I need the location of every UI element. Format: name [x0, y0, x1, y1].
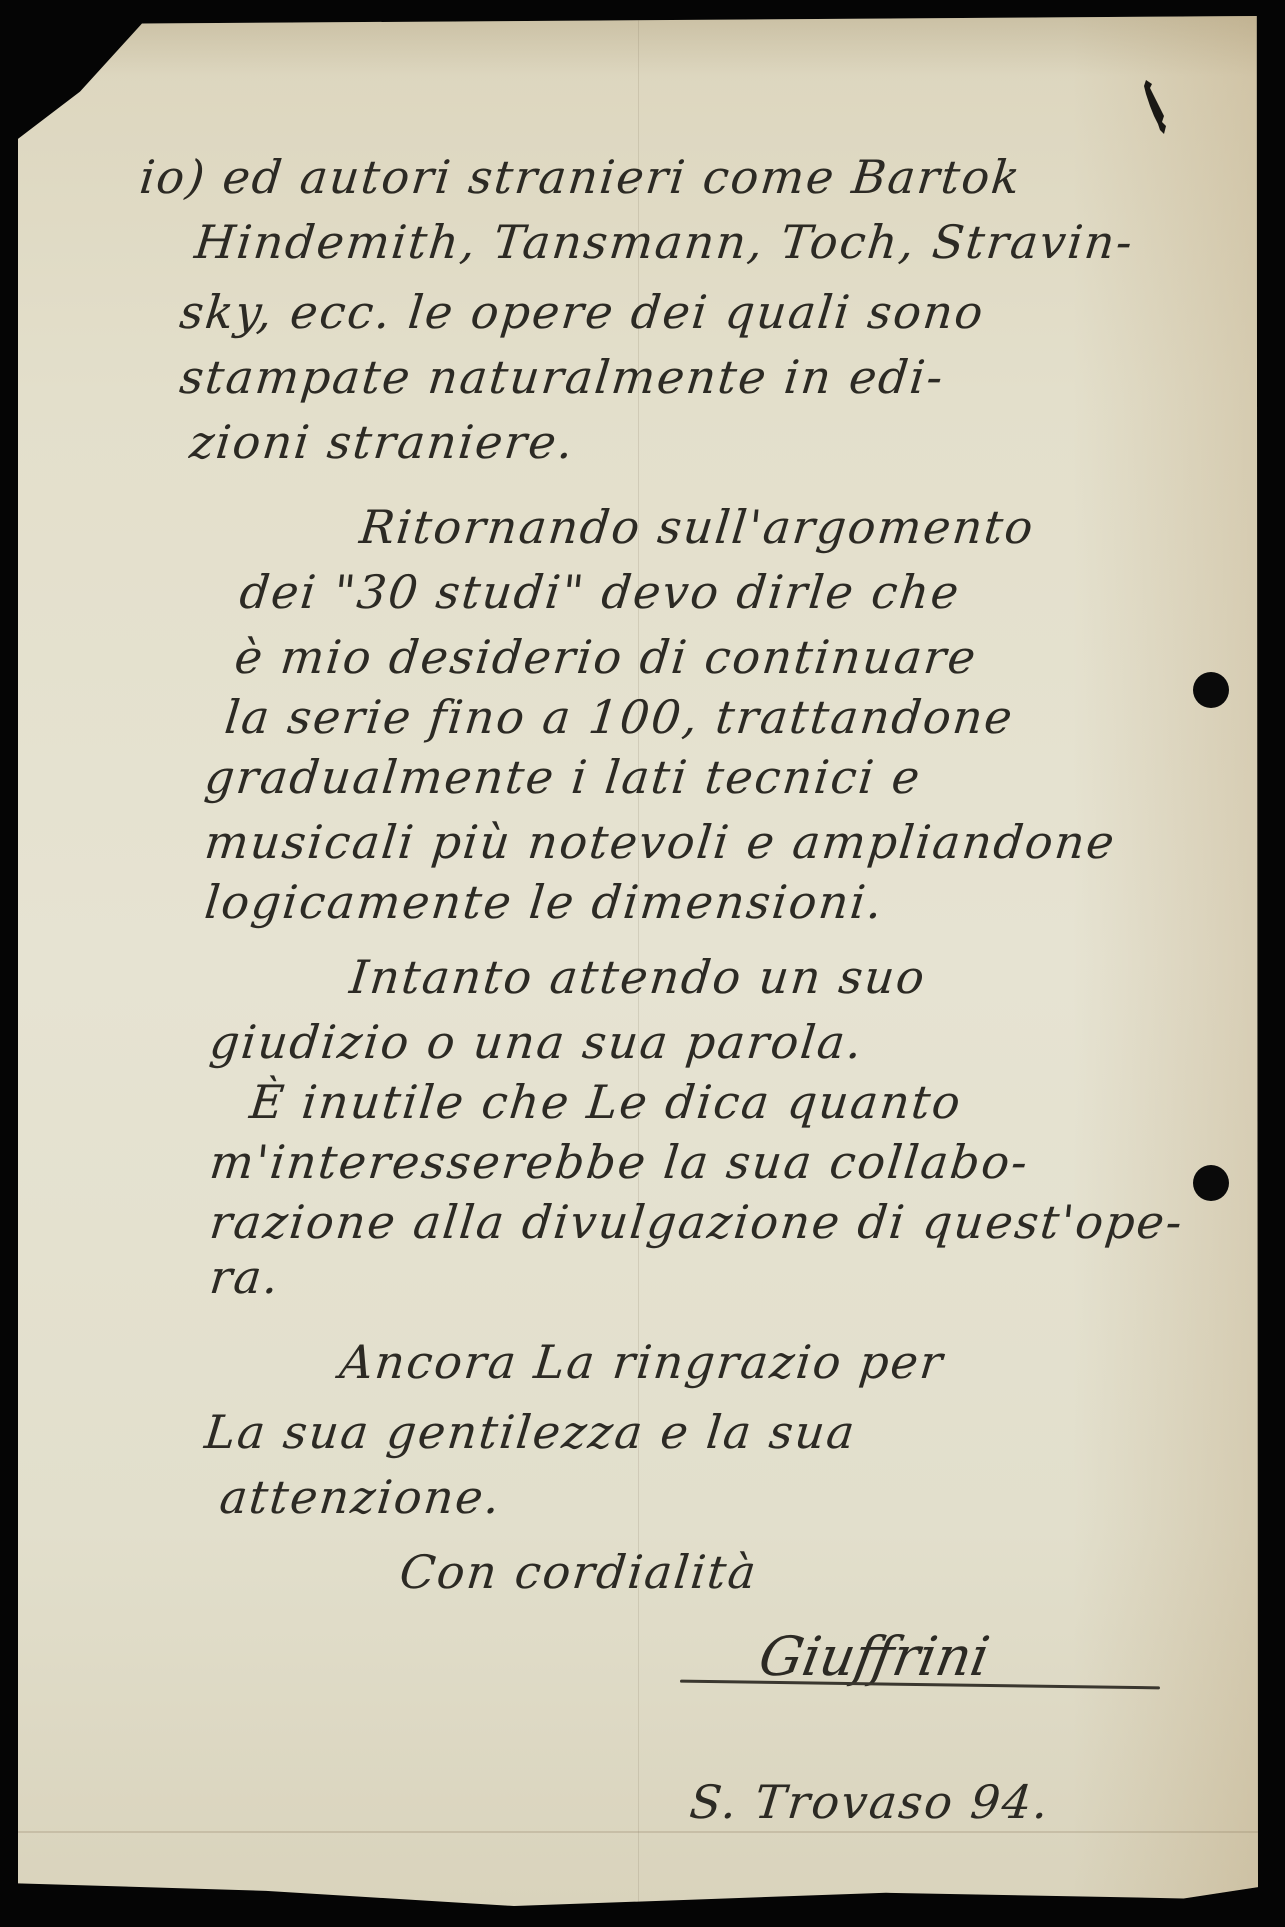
scanned-document: io) ed autori stranieri come Bartok Hind… — [0, 0, 1285, 1927]
sender-address: S. Trovaso 94. — [687, 1775, 1053, 1829]
address-block: S. Trovaso 94. — [0, 0, 1285, 1927]
